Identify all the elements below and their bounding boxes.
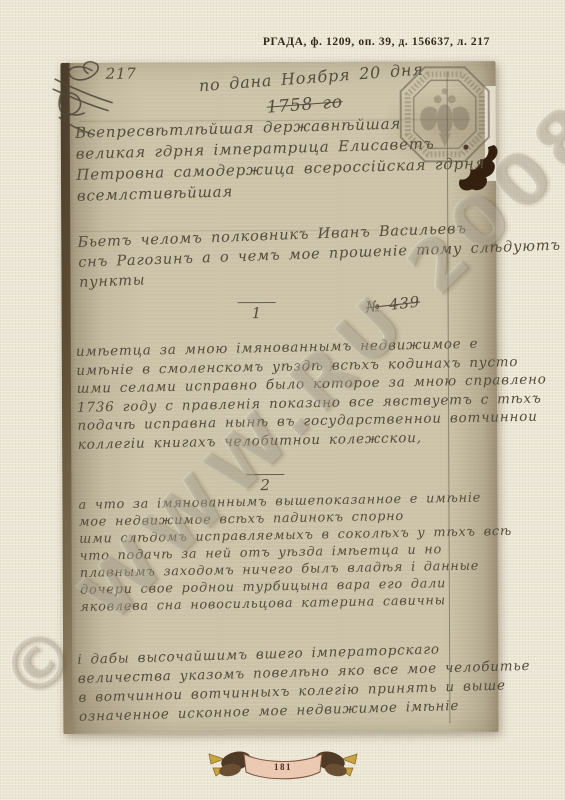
paragraph-point-one: имѣетца за мною імянованнымъ недвижимое …: [76, 333, 548, 453]
page-number-ribbon: 181: [208, 744, 358, 794]
point-marker-2: 2: [246, 474, 284, 494]
folio-number: 217: [106, 65, 137, 83]
archive-reference: РГАДА, ф. 1209, оп. 39, д. 156637, л. 21…: [263, 36, 490, 48]
paragraph-petition-opening: Бьетъ челомъ полковникъ Иванъ Васильевъ …: [77, 216, 562, 293]
filing-note: по дана Ноября 20 дня: [198, 60, 424, 96]
paragraph-point-two: а что за імянованнымъ вышепоказанное е и…: [78, 489, 513, 616]
filing-year: 1758 го: [266, 92, 343, 118]
paragraph-invocation: Всепресвѣтлѣйшая державнѣйшая великая гд…: [75, 111, 486, 207]
point-marker-1: 1: [238, 302, 276, 322]
case-number: № 439: [365, 293, 421, 317]
paragraph-closing: і дабы высочайшимъ вшего імператорскаго …: [77, 638, 532, 727]
scanned-document-view: РГАДА, ф. 1209, оп. 39, д. 156637, л. 21…: [0, 0, 565, 800]
book-gutter-shadow: [61, 63, 73, 734]
manuscript-page: 217 по дана Ноября 20 дня 1758 го: [61, 61, 499, 734]
page-number: 181: [274, 762, 292, 772]
